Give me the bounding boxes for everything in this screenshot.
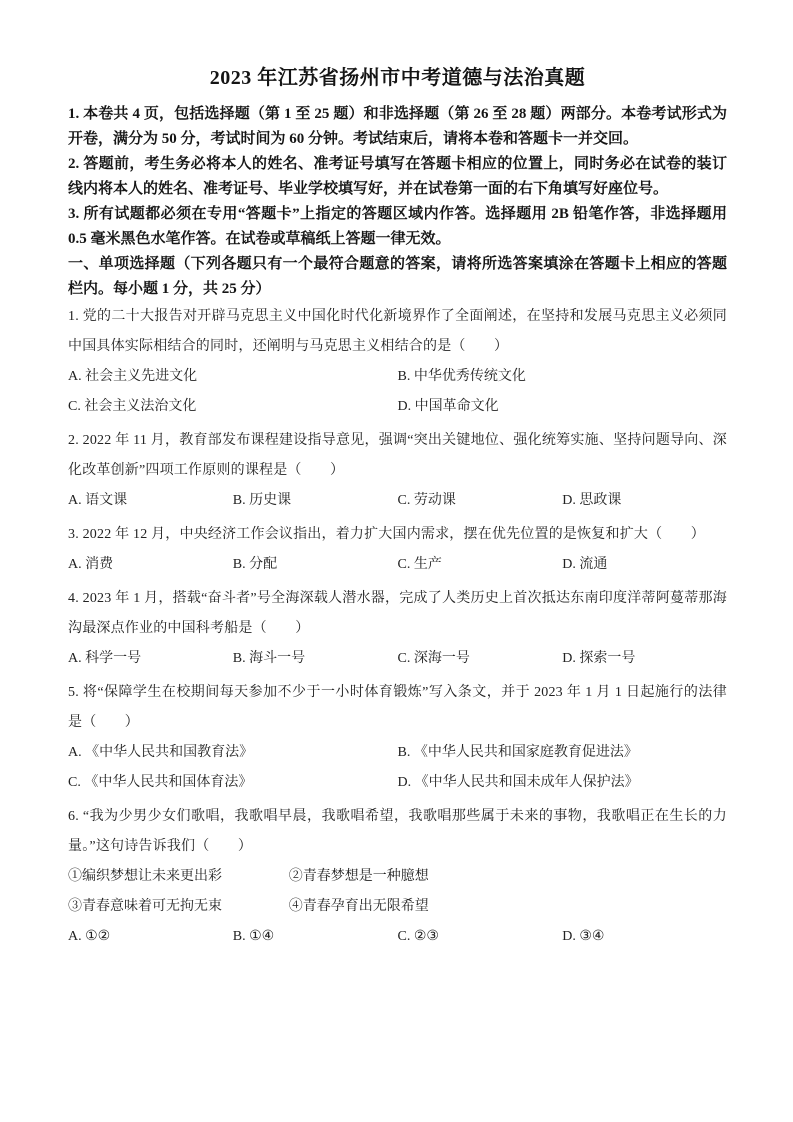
question-6-statement-2: ②青春梦想是一种臆想 (289, 862, 727, 892)
question-6-statement-4: ④青春孕育出无限希望 (289, 892, 727, 922)
question-1-stem: 1. 党的二十大报告对开辟马克思主义中国化时代化新境界作了全面阐述，在坚持和发展… (68, 302, 727, 362)
question-3-option-b: B. 分配 (233, 550, 398, 580)
question-5-option-d: D. 《中华人民共和国未成年人保护法》 (398, 768, 728, 798)
question-6-sub-statements: ①编织梦想让未来更出彩 ②青春梦想是一种臆想 ③青春意味着可无拘无束 ④青春孕育… (68, 862, 727, 922)
question-1: 1. 党的二十大报告对开辟马克思主义中国化时代化新境界作了全面阐述，在坚持和发展… (68, 302, 727, 422)
question-6-option-c: C. ②③ (398, 922, 563, 952)
question-6-statement-3: ③青春意味着可无拘无束 (68, 892, 289, 922)
question-3-stem: 3. 2022 年 12 月，中央经济工作会议指出，着力扩大国内需求，摆在优先位… (68, 520, 727, 550)
question-2-option-b: B. 历史课 (233, 486, 398, 516)
question-1-option-b: B. 中华优秀传统文化 (398, 362, 728, 392)
question-5-option-c: C. 《中华人民共和国体育法》 (68, 768, 398, 798)
question-4-options: A. 科学一号 B. 海斗一号 C. 深海一号 D. 探索一号 (68, 644, 727, 674)
question-3-options: A. 消费 B. 分配 C. 生产 D. 流通 (68, 550, 727, 580)
question-3-option-c: C. 生产 (398, 550, 563, 580)
question-2-stem: 2. 2022 年 11 月，教育部发布课程建设指导意见，强调“突出关键地位、强… (68, 426, 727, 486)
question-6-options: A. ①② B. ①④ C. ②③ D. ③④ (68, 922, 727, 952)
question-4-option-b: B. 海斗一号 (233, 644, 398, 674)
question-2-option-d: D. 思政课 (562, 486, 727, 516)
question-4-stem: 4. 2023 年 1 月，搭载“奋斗者”号全海深载人潜水器，完成了人类历史上首… (68, 584, 727, 644)
question-4-option-c: C. 深海一号 (398, 644, 563, 674)
section-heading: 一、单项选择题（下列各题只有一个最符合题意的答案，请将所选答案填涂在答题卡上相应… (68, 252, 727, 302)
question-5-option-b: B. 《中华人民共和国家庭教育促进法》 (398, 738, 728, 768)
question-3: 3. 2022 年 12 月，中央经济工作会议指出，着力扩大国内需求，摆在优先位… (68, 520, 727, 580)
question-6: 6. “我为少男少女们歌唱，我歌唱早晨，我歌唱希望，我歌唱那些属于未来的事物，我… (68, 802, 727, 952)
question-5-stem: 5. 将“保障学生在校期间每天参加不少于一小时体育锻炼”写入条文，并于 2023… (68, 678, 727, 738)
question-1-option-a: A. 社会主义先进文化 (68, 362, 398, 392)
question-6-stem: 6. “我为少男少女们歌唱，我歌唱早晨，我歌唱希望，我歌唱那些属于未来的事物，我… (68, 802, 727, 862)
question-6-option-b: B. ①④ (233, 922, 398, 952)
question-6-option-d: D. ③④ (562, 922, 727, 952)
question-4-option-a: A. 科学一号 (68, 644, 233, 674)
question-6-statement-1: ①编织梦想让未来更出彩 (68, 862, 289, 892)
question-5-options: A. 《中华人民共和国教育法》 B. 《中华人民共和国家庭教育促进法》 C. 《… (68, 738, 727, 798)
question-4: 4. 2023 年 1 月，搭载“奋斗者”号全海深载人潜水器，完成了人类历史上首… (68, 584, 727, 674)
question-3-option-a: A. 消费 (68, 550, 233, 580)
question-2-option-a: A. 语文课 (68, 486, 233, 516)
question-1-options: A. 社会主义先进文化 B. 中华优秀传统文化 C. 社会主义法治文化 D. 中… (68, 362, 727, 422)
question-3-option-d: D. 流通 (562, 550, 727, 580)
exam-instruction-2: 2. 答题前，考生务必将本人的姓名、准考证号填写在答题卡相应的位置上，同时务必在… (68, 152, 727, 202)
question-5: 5. 将“保障学生在校期间每天参加不少于一小时体育锻炼”写入条文，并于 2023… (68, 678, 727, 798)
question-2: 2. 2022 年 11 月，教育部发布课程建设指导意见，强调“突出关键地位、强… (68, 426, 727, 516)
question-5-option-a: A. 《中华人民共和国教育法》 (68, 738, 398, 768)
question-2-options: A. 语文课 B. 历史课 C. 劳动课 D. 思政课 (68, 486, 727, 516)
exam-instruction-1: 1. 本卷共 4 页，包括选择题（第 1 至 25 题）和非选择题（第 26 至… (68, 102, 727, 152)
page-title: 2023 年江苏省扬州市中考道德与法治真题 (68, 64, 727, 92)
exam-instruction-3: 3. 所有试题都必须在专用“答题卡”上指定的答题区域内作答。选择题用 2B 铅笔… (68, 202, 727, 252)
question-6-option-a: A. ①② (68, 922, 233, 952)
question-2-option-c: C. 劳动课 (398, 486, 563, 516)
question-1-option-c: C. 社会主义法治文化 (68, 392, 398, 422)
question-4-option-d: D. 探索一号 (562, 644, 727, 674)
exam-document-page: 2023 年江苏省扬州市中考道德与法治真题 1. 本卷共 4 页，包括选择题（第… (0, 0, 793, 1122)
question-1-option-d: D. 中国革命文化 (398, 392, 728, 422)
